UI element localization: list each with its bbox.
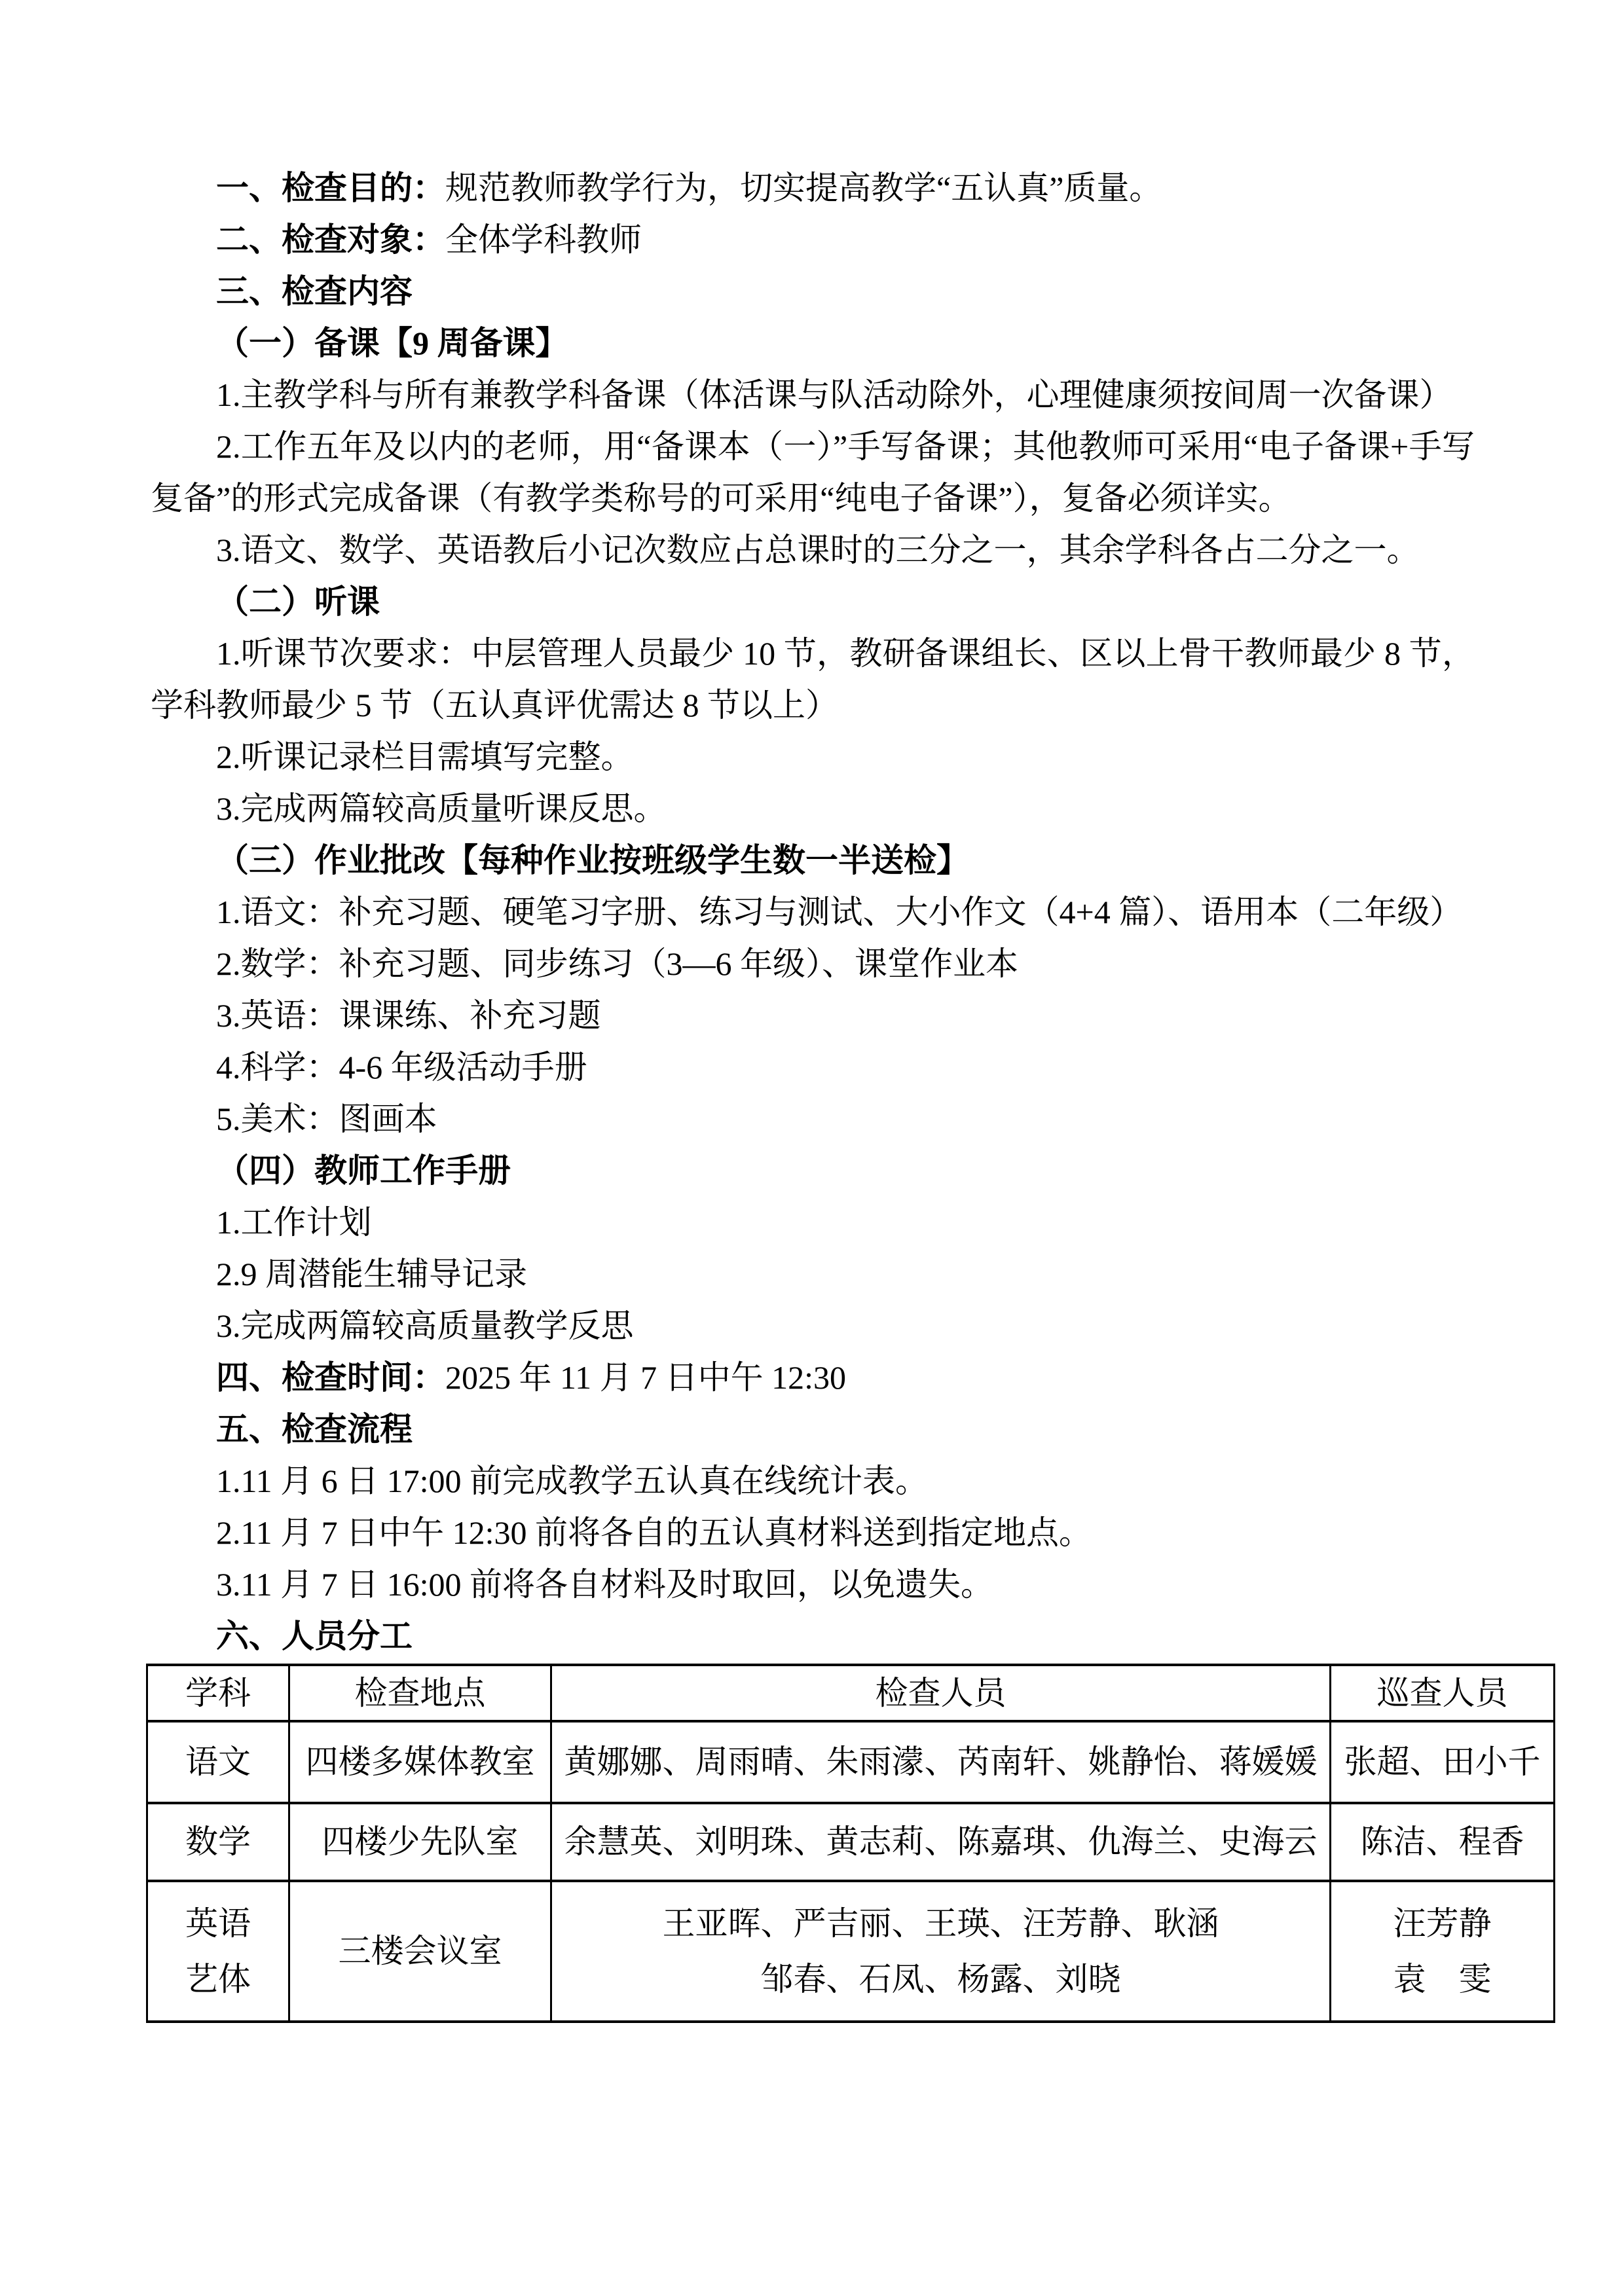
paragraph: 1.主教学科与所有兼教学科备课（体活课与队活动除外，心理健康须按间周一次备课） xyxy=(151,369,1475,421)
table-header-subject: 学科 xyxy=(147,1665,289,1721)
paragraph-text: 2025 年 11 月 7 日中午 12:30 xyxy=(445,1359,846,1396)
paragraph: 1.11 月 6 日 17:00 前完成教学五认真在线统计表。 xyxy=(151,1455,1475,1507)
document-page: 一、检查目的：规范教师教学行为，切实提高教学“五认真”质量。 二、检查对象：全体… xyxy=(0,0,1624,2296)
table-header-patrol: 巡查人员 xyxy=(1331,1665,1555,1721)
paragraph: 3.语文、数学、英语教后小记次数应占总课时的三分之一，其余学科各占二分之一。 xyxy=(151,524,1475,576)
paragraph-text: 2.9 周潜能生辅导记录 xyxy=(216,1256,527,1292)
cell-subject: 英语 艺体 xyxy=(147,1881,289,2022)
paragraph: 四、检查时间：2025 年 11 月 7 日中午 12:30 xyxy=(151,1352,1475,1404)
paragraph-text: 2.工作五年及以内的老师，用“备课本（一）”手写备课；其他教师可采用“电子备课+… xyxy=(151,428,1475,517)
paragraph: 2.听课记录栏目需填写完整。 xyxy=(151,731,1475,783)
personnel-assignment-table: 学科 检查地点 检查人员 巡查人员 语文 四楼多媒体教室 黄娜娜、周雨晴、朱雨濛… xyxy=(146,1664,1555,2023)
paragraph-text: 规范教师教学行为，切实提高教学“五认真”质量。 xyxy=(445,170,1162,206)
cell-inspectors: 余慧英、刘明珠、黄志莉、陈嘉琪、仇海兰、史海云 xyxy=(551,1803,1331,1881)
paragraph: 二、检查对象：全体学科教师 xyxy=(151,214,1475,266)
paragraph: 3.英语：课课练、补充习题 xyxy=(151,990,1475,1042)
paragraph-text: 1.听课节次要求：中层管理人员最少 10 节，教研备课组长、区以上骨干教师最少 … xyxy=(151,635,1475,723)
cell-location: 三楼会议室 xyxy=(289,1881,551,2022)
paragraph-text: 2.数学：补充习题、同步练习（3—6 年级）、课堂作业本 xyxy=(216,945,1018,982)
paragraph-text: 5.美术：图画本 xyxy=(216,1101,437,1137)
cell-inspectors-line2: 邹春、石凤、杨露、刘晓 xyxy=(552,1952,1329,2007)
paragraph-label: 六、人员分工 xyxy=(216,1618,413,1654)
cell-subject: 数学 xyxy=(147,1803,289,1881)
paragraph-text: 4.科学：4-6 年级活动手册 xyxy=(216,1049,587,1085)
cell-inspectors: 王亚晖、严吉丽、王瑛、汪芳静、耿涵 邹春、石凤、杨露、刘晓 xyxy=(551,1881,1331,2022)
table-row: 语文 四楼多媒体教室 黄娜娜、周雨晴、朱雨濛、芮南轩、姚静怡、蒋媛媛 张超、田小… xyxy=(147,1721,1555,1803)
paragraph: 1.工作计划 xyxy=(151,1197,1475,1248)
subsection-heading: （二）听课 xyxy=(151,576,1475,628)
paragraph: 1.听课节次要求：中层管理人员最少 10 节，教研备课组长、区以上骨干教师最少 … xyxy=(151,628,1475,731)
paragraph-label: 五、检查流程 xyxy=(216,1411,413,1448)
cell-subject-line2: 艺体 xyxy=(148,1952,288,2007)
section-heading: 六、人员分工 xyxy=(151,1611,1475,1662)
paragraph: 一、检查目的：规范教师教学行为，切实提高教学“五认真”质量。 xyxy=(151,162,1475,214)
paragraph-label: 一、检查目的： xyxy=(216,170,445,206)
table-header-row: 学科 检查地点 检查人员 巡查人员 xyxy=(147,1665,1555,1721)
paragraph: 2.11 月 7 日中午 12:30 前将各自的五认真材料送到指定地点。 xyxy=(151,1507,1475,1559)
table-header-inspectors: 检查人员 xyxy=(551,1665,1331,1721)
paragraph: 1.语文：补充习题、硬笔习字册、练习与测试、大小作文（4+4 篇）、语用本（二年… xyxy=(151,886,1475,938)
section-heading: 五、检查流程 xyxy=(151,1404,1475,1455)
cell-patrol: 汪芳静 袁 雯 xyxy=(1331,1881,1555,2022)
paragraph-text: 2.听课记录栏目需填写完整。 xyxy=(216,738,634,775)
cell-location: 四楼多媒体教室 xyxy=(289,1721,551,1803)
paragraph-label: 四、检查时间： xyxy=(216,1359,445,1396)
section-heading: 三、检查内容 xyxy=(151,266,1475,318)
paragraph-text: 3.语文、数学、英语教后小记次数应占总课时的三分之一，其余学科各占二分之一。 xyxy=(216,532,1420,568)
cell-patrol-line2: 袁 雯 xyxy=(1331,1952,1553,2007)
paragraph-text: 全体学科教师 xyxy=(445,221,642,258)
paragraph-text: 1.工作计划 xyxy=(216,1204,372,1241)
paragraph-label: 二、检查对象： xyxy=(216,221,445,258)
paragraph-label: （一）备课【9 周备课】 xyxy=(216,325,568,361)
paragraph: 3.11 月 7 日 16:00 前将各自材料及时取回，以免遗失。 xyxy=(151,1559,1475,1611)
paragraph-label: （三）作业批改【每种作业按班级学生数一半送检】 xyxy=(216,842,969,879)
table-row: 英语 艺体 三楼会议室 王亚晖、严吉丽、王瑛、汪芳静、耿涵 邹春、石凤、杨露、刘… xyxy=(147,1881,1555,2022)
paragraph: 3.完成两篇较高质量听课反思。 xyxy=(151,783,1475,835)
paragraph-text: 2.11 月 7 日中午 12:30 前将各自的五认真材料送到指定地点。 xyxy=(216,1514,1092,1551)
paragraph: 2.工作五年及以内的老师，用“备课本（一）”手写备课；其他教师可采用“电子备课+… xyxy=(151,421,1475,524)
paragraph: 5.美术：图画本 xyxy=(151,1093,1475,1145)
cell-patrol: 陈洁、程香 xyxy=(1331,1803,1555,1881)
paragraph-label: 三、检查内容 xyxy=(216,273,413,310)
cell-patrol: 张超、田小千 xyxy=(1331,1721,1555,1803)
paragraph: 2.9 周潜能生辅导记录 xyxy=(151,1248,1475,1300)
cell-inspectors: 黄娜娜、周雨晴、朱雨濛、芮南轩、姚静怡、蒋媛媛 xyxy=(551,1721,1331,1803)
subsection-heading: （三）作业批改【每种作业按班级学生数一半送检】 xyxy=(151,835,1475,886)
cell-subject: 语文 xyxy=(147,1721,289,1803)
paragraph: 2.数学：补充习题、同步练习（3—6 年级）、课堂作业本 xyxy=(151,938,1475,990)
paragraph-text: 1.主教学科与所有兼教学科备课（体活课与队活动除外，心理健康须按间周一次备课） xyxy=(216,376,1452,413)
subsection-heading: （一）备课【9 周备课】 xyxy=(151,318,1475,369)
paragraph-label: （二）听课 xyxy=(216,583,380,620)
subsection-heading: （四）教师工作手册 xyxy=(151,1145,1475,1197)
table-row: 数学 四楼少先队室 余慧英、刘明珠、黄志莉、陈嘉琪、仇海兰、史海云 陈洁、程香 xyxy=(147,1803,1555,1881)
paragraph-text: 3.11 月 7 日 16:00 前将各自材料及时取回，以免遗失。 xyxy=(216,1566,993,1603)
paragraph-label: （四）教师工作手册 xyxy=(216,1152,511,1189)
paragraph-text: 3.完成两篇较高质量教学反思 xyxy=(216,1307,634,1344)
cell-subject-line1: 英语 xyxy=(148,1896,288,1952)
table-header-location: 检查地点 xyxy=(289,1665,551,1721)
paragraph: 3.完成两篇较高质量教学反思 xyxy=(151,1300,1475,1352)
paragraph: 4.科学：4-6 年级活动手册 xyxy=(151,1042,1475,1093)
cell-inspectors-line1: 王亚晖、严吉丽、王瑛、汪芳静、耿涵 xyxy=(552,1896,1329,1952)
cell-patrol-line1: 汪芳静 xyxy=(1331,1896,1553,1952)
paragraph-text: 1.11 月 6 日 17:00 前完成教学五认真在线统计表。 xyxy=(216,1463,928,1499)
cell-location: 四楼少先队室 xyxy=(289,1803,551,1881)
paragraph-text: 3.完成两篇较高质量听课反思。 xyxy=(216,790,667,827)
paragraph-text: 3.英语：课课练、补充习题 xyxy=(216,997,601,1034)
document-body: 一、检查目的：规范教师教学行为，切实提高教学“五认真”质量。 二、检查对象：全体… xyxy=(151,162,1475,2023)
paragraph-text: 1.语文：补充习题、硬笔习字册、练习与测试、大小作文（4+4 篇）、语用本（二年… xyxy=(216,894,1462,930)
